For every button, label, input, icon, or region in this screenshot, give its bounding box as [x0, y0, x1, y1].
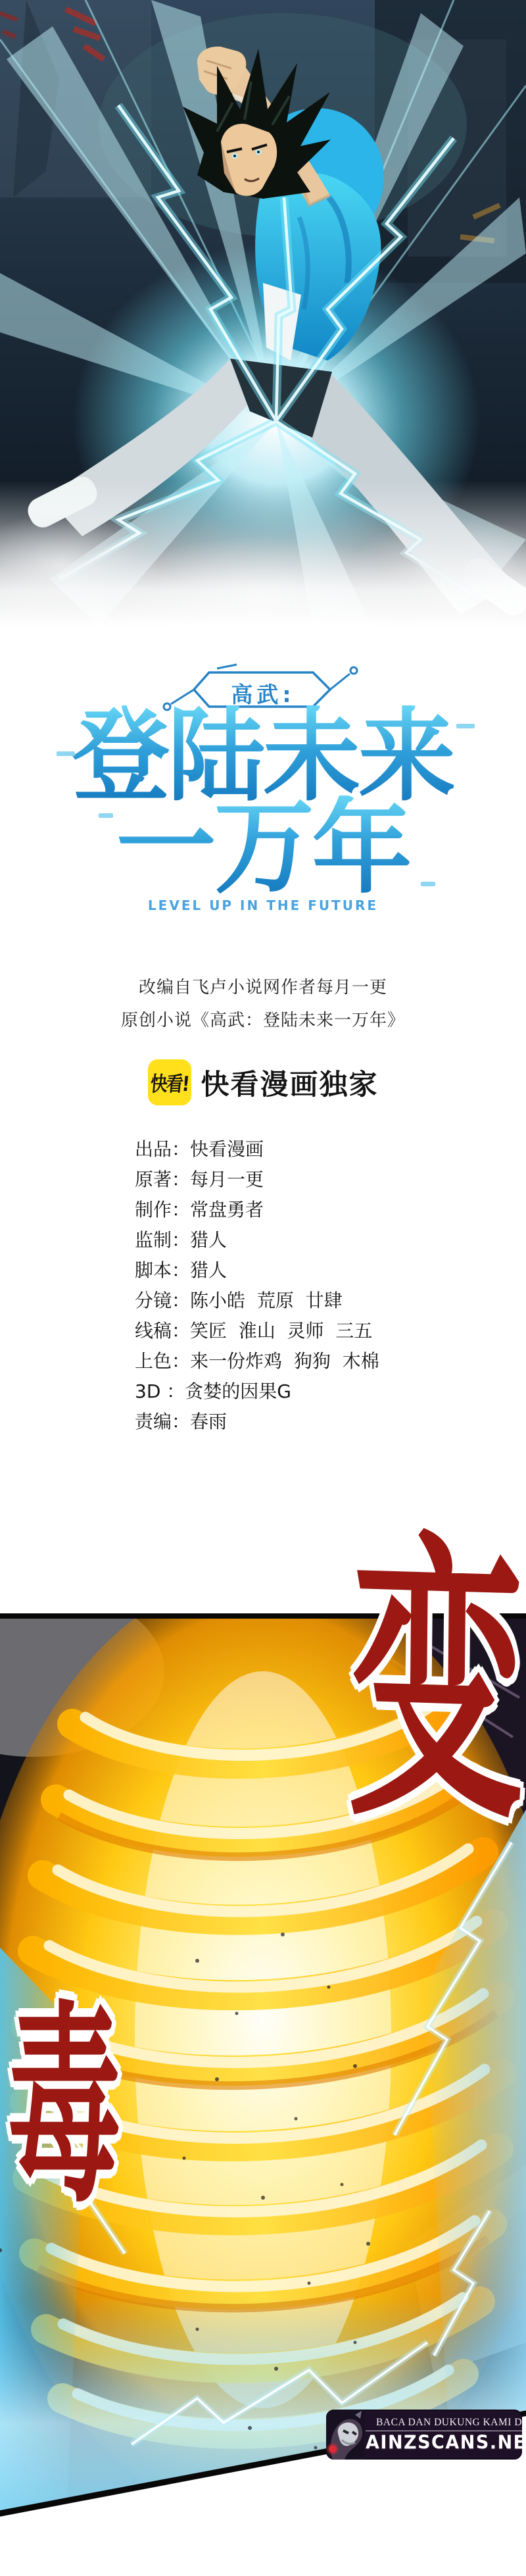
credit-role: 脚本：	[135, 1259, 190, 1281]
credit-row: 责编：春雨	[135, 1407, 503, 1437]
credit-names: 猎人	[190, 1259, 227, 1281]
credit-names: 常盘勇者	[190, 1199, 264, 1221]
credit-row: 线稿：笑匠 淮山 灵师 三五	[135, 1316, 503, 1346]
credit-role: 责编：	[135, 1411, 190, 1432]
credit-names: 陈小皓 荒原 廿肆	[190, 1290, 343, 1311]
scanlation-avatar-art	[326, 2410, 364, 2460]
scanlation-divider	[366, 2431, 522, 2431]
kuaikan-logo-icon: 快看!	[148, 1059, 191, 1105]
title-deco-dash	[99, 813, 113, 818]
credit-names: 每月一更	[190, 1169, 264, 1190]
exclusive-row: 快看! 快看漫画独家	[0, 1059, 526, 1105]
scanlation-site-name: AINZSCANS.NET	[366, 2432, 522, 2454]
credit-names: 笑匠 淮山 灵师 三五	[190, 1320, 372, 1342]
credit-names: 快看漫画	[190, 1138, 264, 1160]
credit-role: 上色：	[135, 1350, 190, 1372]
credit-row: 脚本：猎人	[135, 1255, 503, 1286]
credit-role: 分镜：	[135, 1290, 190, 1311]
credit-names: 猎人	[190, 1229, 227, 1251]
credit-role: 原著：	[135, 1169, 190, 1190]
credit-role: 监制：	[135, 1229, 190, 1251]
scanlation-badge[interactable]: BACA DAN DUKUNG KAMI DI: AINZSCANS.NET	[326, 2410, 522, 2460]
adaptation-line1: 改编自飞卢小说网作者每月一更	[0, 974, 526, 998]
hero-illustration	[0, 0, 526, 626]
credit-names: 来一份炸鸡 狗狗 木棉	[190, 1350, 379, 1372]
credit-names: 贪婪的因果G	[185, 1380, 291, 1402]
title-subtitle-en: LEVEL UP IN THE FUTURE	[0, 897, 526, 913]
sfx-character-right: 变	[348, 1532, 526, 1836]
exclusive-label: 快看漫画独家	[201, 1063, 379, 1103]
credit-role: 出品：	[135, 1138, 190, 1160]
credit-row: 监制：猎人	[135, 1225, 503, 1255]
kuaikan-logo-text: 快看!	[149, 1068, 190, 1097]
credit-names: 春雨	[190, 1411, 227, 1432]
title-deco-dash	[456, 724, 475, 728]
title-deco-dash	[57, 751, 75, 756]
sfx-character-left: 毒	[8, 2000, 121, 2215]
scanlation-logo-image	[326, 2410, 364, 2460]
scanlation-tagline: BACA DAN DUKUNG KAMI DI:	[376, 2417, 522, 2429]
manhua-page: 高武: 登陆未来 一万年 LEVEL UP IN THE FUTURE 改编自飞…	[0, 0, 526, 2576]
credit-role: 制作：	[135, 1199, 190, 1221]
title-deco-dash	[421, 882, 435, 886]
credit-row: 出品：快看漫画	[135, 1134, 503, 1165]
credit-row: 3D ：贪婪的因果G	[135, 1376, 503, 1407]
hero-art-svg	[0, 0, 526, 626]
credit-role: 3D ：	[135, 1380, 185, 1402]
credit-row: 原著：每月一更	[135, 1165, 503, 1195]
adaptation-line2: 原创小说《高武：登陆未来一万年》	[0, 1007, 526, 1031]
title-main-line2: 一万年	[0, 796, 526, 899]
credits-list: 出品：快看漫画 原著：每月一更 制作：常盘勇者 监制：猎人 脚本：猎人 分镜：陈…	[135, 1134, 503, 1437]
credit-row: 制作：常盘勇者	[135, 1195, 503, 1225]
credit-row: 分镜：陈小皓 荒原 廿肆	[135, 1286, 503, 1316]
scanlation-text-block: BACA DAN DUKUNG KAMI DI: AINZSCANS.NET	[364, 2413, 522, 2457]
credit-role: 线稿：	[135, 1320, 190, 1342]
credit-row: 上色：来一份炸鸡 狗狗 木棉	[135, 1346, 503, 1376]
